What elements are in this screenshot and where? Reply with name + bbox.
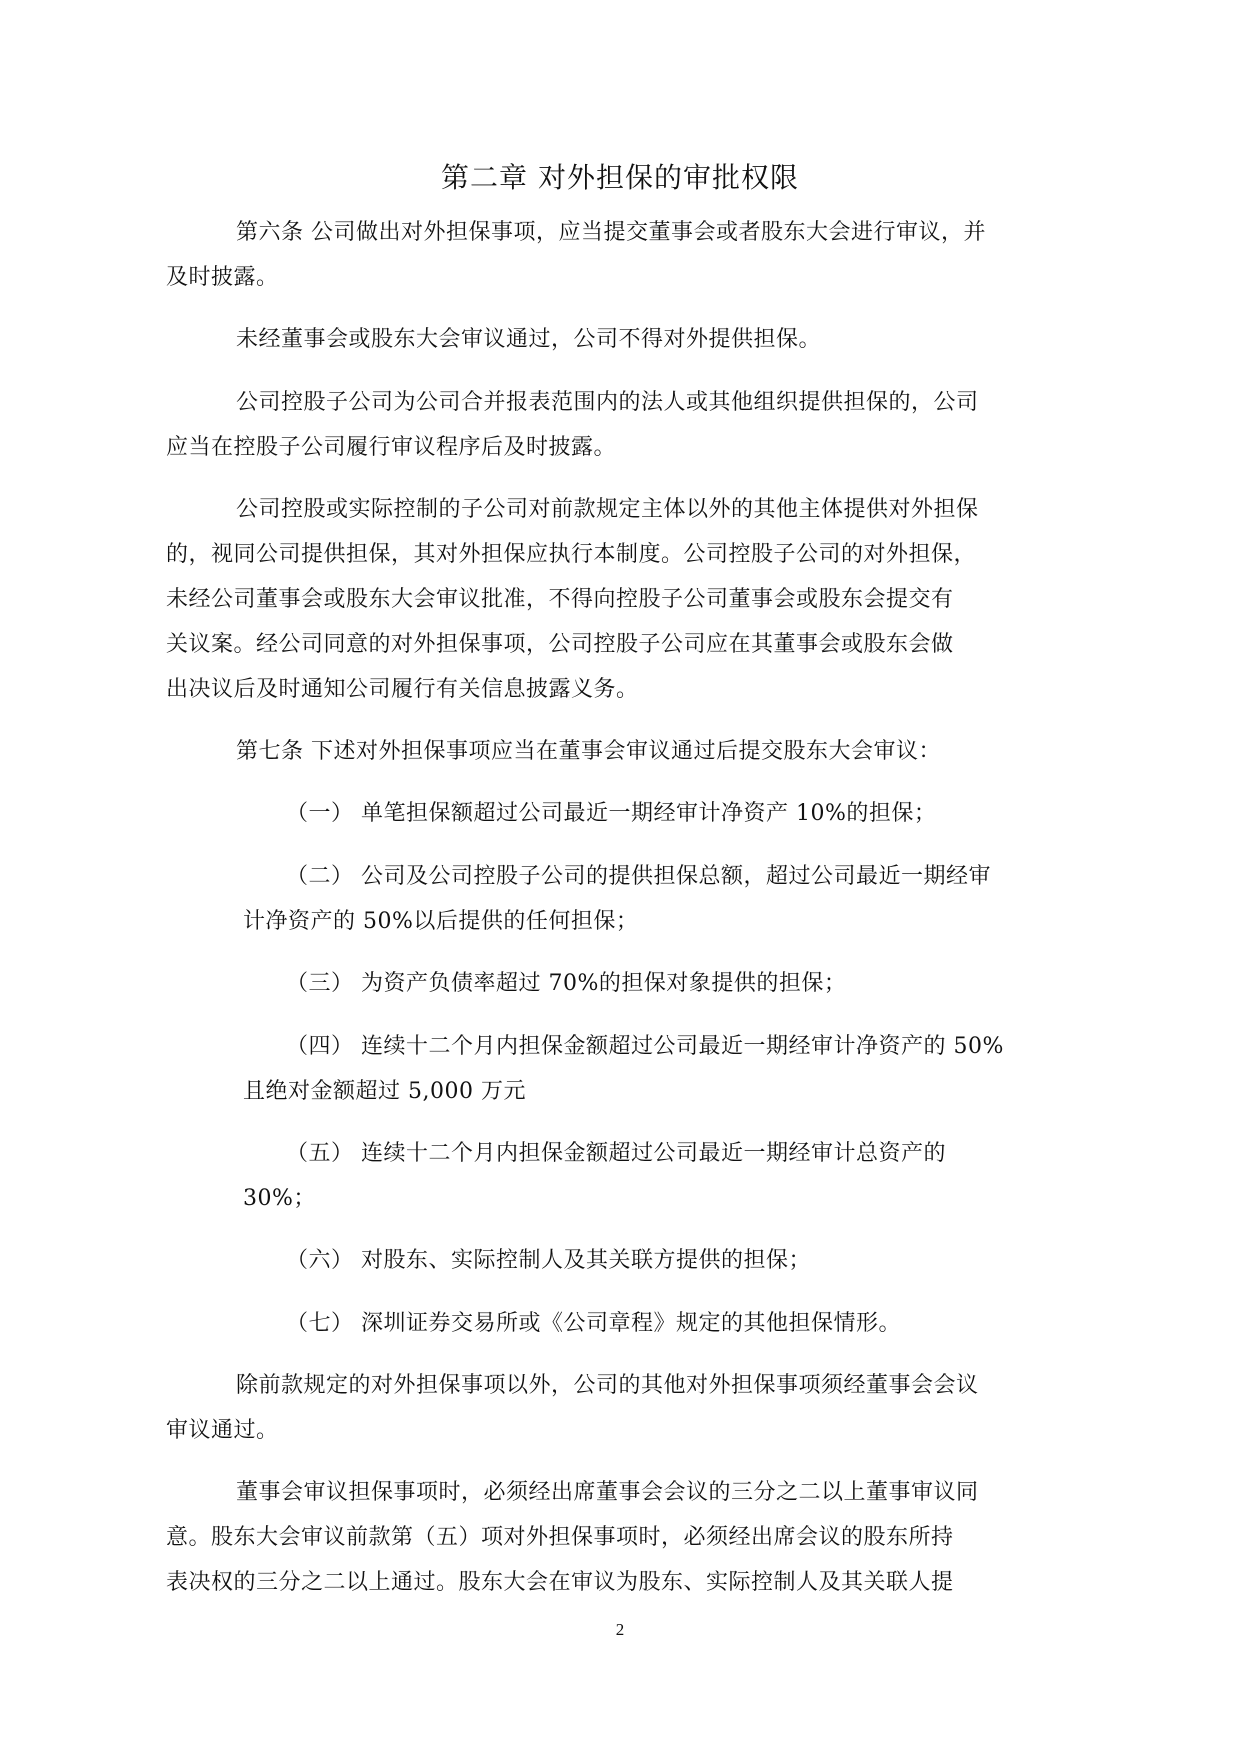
chapter-title: 第二章 对外担保的审批权限 — [0, 158, 1240, 198]
text-line: 出决议后及时通知公司履行有关信息披露义务。 — [166, 675, 639, 705]
text-line: （五） 连续十二个月内担保金额超过公司最近一期经审计总资产的 — [286, 1139, 946, 1169]
text-line: 关议案。经公司同意的对外担保事项，公司控股子公司应在其董事会或股东会做 — [166, 630, 954, 660]
document-page: 第二章 对外担保的审批权限 第六条 公司做出对外担保事项，应当提交董事会或者股东… — [0, 0, 1240, 1754]
text-line: 应当在控股子公司履行审议程序后及时披露。 — [166, 433, 616, 463]
text-line: 的，视同公司提供担保，其对外担保应执行本制度。公司控股子公司的对外担保， — [166, 540, 976, 570]
text-line: 表决权的三分之二以上通过。股东大会在审议为股东、实际控制人及其关联人提 — [166, 1568, 954, 1598]
text-line: （一） 单笔担保额超过公司最近一期经审计净资产 10%的担保； — [286, 799, 936, 829]
text-line: 审议通过。 — [166, 1416, 279, 1446]
text-line: 第六条 公司做出对外担保事项，应当提交董事会或者股东大会进行审议，并 — [236, 218, 986, 248]
text-line: （六） 对股东、实际控制人及其关联方提供的担保； — [286, 1246, 811, 1276]
text-line: （四） 连续十二个月内担保金额超过公司最近一期经审计净资产的 50% — [286, 1032, 1004, 1062]
text-line: 公司控股子公司为公司合并报表范围内的法人或其他组织提供担保的，公司 — [236, 388, 979, 418]
text-line: 董事会审议担保事项时，必须经出席董事会会议的三分之二以上董事审议同 — [236, 1478, 979, 1508]
text-line: 计净资产的 50%以后提供的任何担保； — [243, 907, 638, 937]
text-line: （七） 深圳证券交易所或《公司章程》规定的其他担保情形。 — [286, 1309, 901, 1339]
text-line: 除前款规定的对外担保事项以外，公司的其他对外担保事项须经董事会会议 — [236, 1371, 979, 1401]
text-line: 未经董事会或股东大会审议通过，公司不得对外提供担保。 — [236, 325, 821, 355]
text-line: 未经公司董事会或股东大会审议批准，不得向控股子公司董事会或股东会提交有 — [166, 585, 954, 615]
text-line: （二） 公司及公司控股子公司的提供担保总额，超过公司最近一期经审 — [286, 862, 991, 892]
text-line: 及时披露。 — [166, 263, 279, 293]
text-line: （三） 为资产负债率超过 70%的担保对象提供的担保； — [286, 969, 846, 999]
text-line: 公司控股或实际控制的子公司对前款规定主体以外的其他主体提供对外担保 — [236, 495, 979, 525]
page-number: 2 — [0, 1620, 1240, 1640]
text-line: 第七条 下述对外担保事项应当在董事会审议通过后提交股东大会审议： — [236, 737, 941, 767]
text-line: 意。股东大会审议前款第（五）项对外担保事项时，必须经出席会议的股东所持 — [166, 1523, 954, 1553]
text-line: 且绝对金额超过 5,000 万元 — [243, 1077, 526, 1107]
text-line: 30%； — [243, 1184, 316, 1214]
